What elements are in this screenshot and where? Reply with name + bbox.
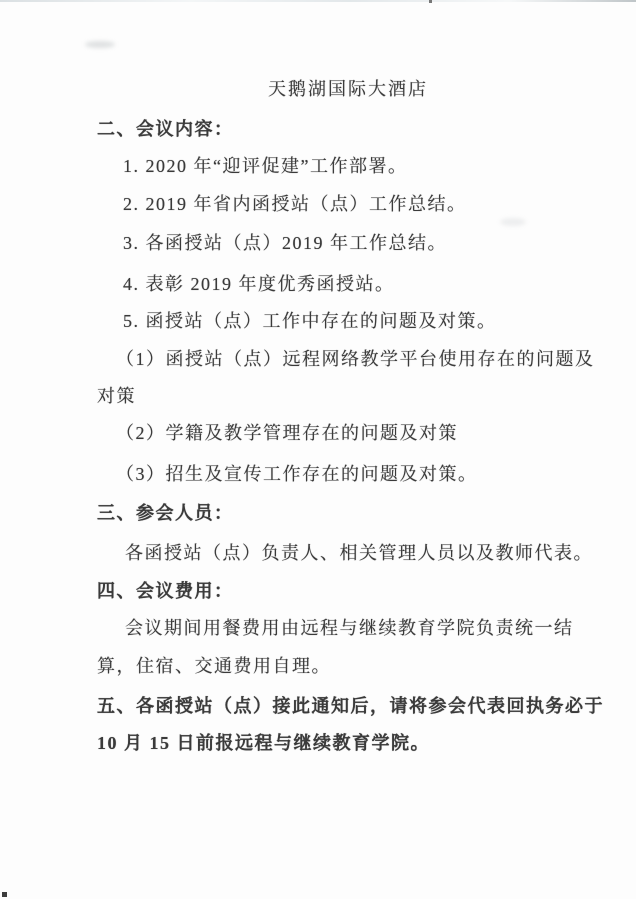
document-line: （2）学籍及教学管理存在的问题及对策 (116, 422, 458, 444)
document-line: （3）招生及宣传工作存在的问题及对策。 (116, 463, 478, 485)
document-line: 五、各函授站（点）接此通知后，请将参会代表回执务必于 (97, 695, 604, 717)
document-line: 5. 函授站（点）工作中存在的问题及对策。 (123, 310, 497, 332)
document-line: 四、会议费用： (97, 580, 234, 602)
scanned-document-page: 天鹅湖国际大酒店二、会议内容：1. 2020 年“迎评促建”工作部署。2. 20… (0, 0, 636, 899)
document-line: 三、参会人员： (97, 502, 234, 524)
document-line: 1. 2020 年“迎评促建”工作部署。 (123, 155, 407, 177)
document-line: 对策 (97, 385, 136, 407)
document-line: 4. 表彰 2019 年度优秀函授站。 (123, 273, 395, 295)
document-line: 各函授站（点）负责人、相关管理人员以及教师代表。 (125, 542, 593, 564)
document-text-block: 天鹅湖国际大酒店二、会议内容：1. 2020 年“迎评促建”工作部署。2. 20… (0, 0, 636, 899)
document-line: 10 月 15 日前报远程与继续教育学院。 (97, 732, 430, 754)
document-line: 算，住宿、交通费用自理。 (97, 655, 331, 677)
document-line: 二、会议内容： (97, 118, 234, 140)
document-line: 3. 各函授站（点）2019 年工作总结。 (123, 232, 447, 254)
document-line: 2. 2019 年省内函授站（点）工作总结。 (123, 193, 467, 215)
document-line: （1）函授站（点）远程网络教学平台使用存在的问题及 (116, 348, 595, 370)
document-line: 会议期间用餐费用由远程与继续教育学院负责统一结 (125, 617, 574, 639)
document-title: 天鹅湖国际大酒店 (268, 78, 428, 100)
